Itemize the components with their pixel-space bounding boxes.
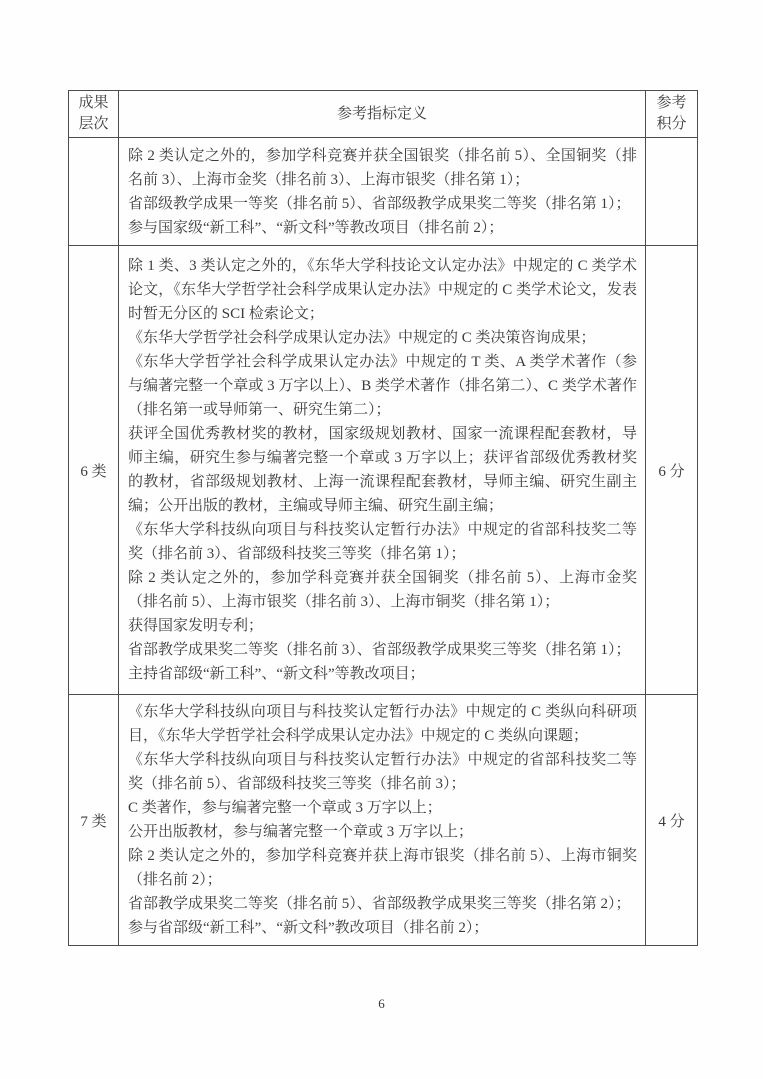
level-cell: 6 类	[69, 246, 119, 695]
indicator-paragraph: 《东华大学科技纵向项目与科技奖认定暂行办法》中规定的省部科技奖二等奖（排名前 5…	[128, 748, 637, 796]
table-row-continuation: 除 2 类认定之外的，参加学科竞赛并获全国银奖（排名前 5）、全国铜奖（排名前 …	[69, 138, 698, 246]
indicator-paragraph: 《东华大学科技纵向项目与科技奖认定暂行办法》中规定的省部科技奖二等奖（排名前 3…	[128, 518, 637, 566]
indicator-paragraph: 除 2 类认定之外的，参加学科竞赛并获全国铜奖（排名前 5）、上海市金奖（排名前…	[128, 566, 637, 614]
header-achievement-level-line2: 层次	[71, 114, 116, 135]
level-cell: 7 类	[69, 695, 119, 946]
indicator-paragraph: 《东华大学科技纵向项目与科技奖认定暂行办法》中规定的 C 类纵向科研项目，《东华…	[128, 700, 637, 748]
header-achievement-level: 成果 层次	[69, 91, 119, 138]
indicator-paragraph: 获得国家发明专利；	[128, 614, 637, 638]
indicator-paragraph: 获评全国优秀教材奖的教材，国家级规划教材、国家一流课程配套教材，导师主编，研究生…	[128, 422, 637, 518]
table-row-level-6: 6 类 除 1 类、3 类认定之外的，《东华大学科技论文认定办法》中规定的 C …	[69, 246, 698, 695]
points-cell	[646, 138, 698, 246]
definition-cell: 除 2 类认定之外的，参加学科竞赛并获全国银奖（排名前 5）、全国铜奖（排名前 …	[119, 138, 646, 246]
indicator-paragraph: 公开出版教材，参与编著完整一个章或 3 万字以上；	[128, 820, 637, 844]
page-number: 6	[0, 996, 763, 1012]
indicator-paragraph: 《东华大学哲学社会科学成果认定办法》中规定的 C 类决策咨询成果；	[128, 326, 637, 350]
indicator-paragraph: 除 1 类、3 类认定之外的，《东华大学科技论文认定办法》中规定的 C 类学术论…	[128, 254, 637, 326]
table-row-level-7: 7 类 《东华大学科技纵向项目与科技奖认定暂行办法》中规定的 C 类纵向科研项目…	[69, 695, 698, 946]
definition-cell: 除 1 类、3 类认定之外的，《东华大学科技论文认定办法》中规定的 C 类学术论…	[119, 246, 646, 695]
table-header-row: 成果 层次 参考指标定义 参考 积分	[69, 91, 698, 138]
header-achievement-level-line1: 成果	[71, 93, 116, 114]
document-page: 成果 层次 参考指标定义 参考 积分 除 2 类认定之外的，参加学科竞赛并获全国…	[0, 0, 763, 1079]
indicator-paragraph: 除 2 类认定之外的，参加学科竞赛并获上海市银奖（排名前 5）、上海市铜奖（排名…	[128, 844, 637, 892]
indicator-paragraph: 主持省部级“新工科”、“新文科”等教改项目；	[128, 662, 637, 686]
header-indicator-definition: 参考指标定义	[119, 91, 646, 138]
indicator-paragraph: 省部教学成果奖二等奖（排名前 3）、省部级教学成果奖三等奖（排名第 1）；	[128, 638, 637, 662]
indicator-table: 成果 层次 参考指标定义 参考 积分 除 2 类认定之外的，参加学科竞赛并获全国…	[68, 90, 698, 946]
indicator-paragraph: 参与省部级“新工科”、“新文科”教改项目（排名前 2）；	[128, 916, 637, 940]
indicator-paragraph: 除 2 类认定之外的，参加学科竞赛并获全国银奖（排名前 5）、全国铜奖（排名前 …	[128, 144, 637, 192]
indicator-paragraph: 省部教学成果奖二等奖（排名前 5）、省部级教学成果奖三等奖（排名第 2）；	[128, 892, 637, 916]
header-reference-points-line1: 参考	[648, 93, 695, 114]
definition-cell: 《东华大学科技纵向项目与科技奖认定暂行办法》中规定的 C 类纵向科研项目，《东华…	[119, 695, 646, 946]
header-reference-points: 参考 积分	[646, 91, 698, 138]
points-cell: 4 分	[646, 695, 698, 946]
indicator-paragraph: C 类著作，参与编著完整一个章或 3 万字以上；	[128, 796, 637, 820]
indicator-paragraph: 参与国家级“新工科”、“新文科”等教改项目（排名前 2）；	[128, 216, 637, 240]
indicator-paragraph: 《东华大学哲学社会科学成果认定办法》中规定的 T 类、A 类学术著作（参与编著完…	[128, 350, 637, 422]
points-cell: 6 分	[646, 246, 698, 695]
indicator-paragraph: 省部级教学成果一等奖（排名前 5）、省部级教学成果奖二等奖（排名第 1）；	[128, 192, 637, 216]
level-cell	[69, 138, 119, 246]
header-reference-points-line2: 积分	[648, 114, 695, 135]
